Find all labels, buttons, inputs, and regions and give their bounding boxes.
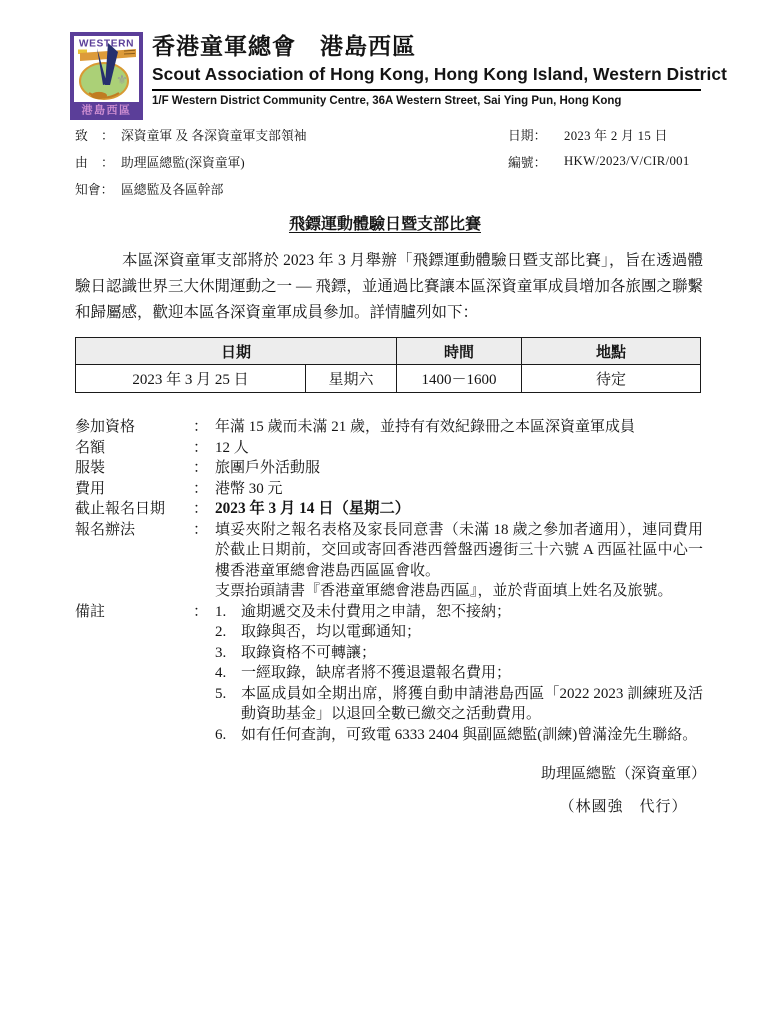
detail-colon: ： <box>193 602 215 623</box>
event-time-cell: 1400－1600 <box>397 365 522 393</box>
letter-meta: 致 ： 深資童軍 及 各深資童軍支部領袖 日期： 2023 年 2 月 15 日… <box>75 121 705 202</box>
detail-value: 12 人 <box>215 438 703 459</box>
org-title-chinese: 香港童軍總會 港島西區 <box>152 32 701 61</box>
meta-date-row: 日期： 2023 年 2 月 15 日 <box>508 121 668 148</box>
detail-value-deadline: 2023 年 3 月 14 日（星期二） <box>215 499 703 520</box>
details-section: 參加資格 ： 年滿 15 歲而未滿 21 歲，並持有有效紀錄冊之本區深資童軍成員… <box>75 417 703 745</box>
detail-label: 參加資格 <box>75 417 193 438</box>
detail-colon: ： <box>193 417 215 438</box>
meta-from-row: 由 ： 助理區總監(深資童軍) 編號： HKW/2023/V/CIR/001 <box>75 148 705 175</box>
meta-cc-row: 知會： 區總監及各區幹部 <box>75 175 705 202</box>
signature-name: （林國強 代行） <box>541 799 706 815</box>
remark-item: 3. 取錄資格不可轉讓； <box>215 643 703 664</box>
meta-ref-value: HKW/2023/V/CIR/001 <box>564 154 690 169</box>
event-table: 日期 時間 地點 2023 年 3 月 25 日 星期六 1400－1600 待… <box>75 337 701 393</box>
table-header-venue: 地點 <box>522 338 701 365</box>
org-address: 1/F Western District Community Centre, 3… <box>152 95 701 107</box>
detail-colon: ： <box>193 499 215 520</box>
remark-text: 如有任何查詢，可致電 6333 2404 與副區總監(訓練)曾滿淦先生聯絡。 <box>241 725 703 746</box>
detail-colon: ： <box>193 438 215 459</box>
meta-from-value: 助理區總監(深資童軍) <box>121 152 245 171</box>
remark-item: 6. 如有任何查詢，可致電 6333 2404 與副區總監(訓練)曾滿淦先生聯絡… <box>215 725 703 746</box>
meta-to-value: 深資童軍 及 各深資童軍支部領袖 <box>121 125 307 144</box>
remark-text: 取錄與否，均以電郵通知； <box>241 622 703 643</box>
meta-from-label: 由 <box>75 152 101 171</box>
remark-text: 一經取錄，缺席者將不獲退還報名費用； <box>241 663 703 684</box>
detail-colon: ： <box>193 479 215 500</box>
event-weekday-cell: 星期六 <box>306 365 397 393</box>
logo-stem-shape <box>91 92 107 99</box>
remark-text: 逾期遞交及未付費用之申請，恕不接納； <box>241 602 703 623</box>
meta-date-label: 日期： <box>508 125 564 144</box>
meta-date-value: 2023 年 2 月 15 日 <box>564 125 668 144</box>
meta-to-colon: ： <box>101 125 121 144</box>
detail-label: 費用 <box>75 479 193 500</box>
detail-label: 報名辦法 <box>75 520 193 541</box>
logo-district-label: 港島西區 <box>82 103 132 117</box>
meta-cc-value: 區總監及各區幹部 <box>121 179 223 198</box>
meta-to-label: 致 <box>75 125 101 144</box>
detail-row-eligibility: 參加資格 ： 年滿 15 歲而未滿 21 歲，並持有有效紀錄冊之本區深資童軍成員 <box>75 417 703 438</box>
meta-from-colon: ： <box>101 152 121 171</box>
remark-text: 本區成員如全期出席，將獲自動申請港島西區「2022 2023 訓練班及活動資助基… <box>241 684 703 725</box>
logo-banner-stripe <box>124 53 135 54</box>
remark-item: 1. 逾期遞交及未付費用之申請，恕不接納； <box>215 602 703 623</box>
subject-title: 飛鏢運動體驗日暨支部比賽 <box>0 211 770 234</box>
remark-item: 2. 取錄與否，均以電郵通知； <box>215 622 703 643</box>
remark-item: 5. 本區成員如全期出席，將獲自動申請港島西區「2022 2023 訓練班及活動… <box>215 684 703 725</box>
detail-colon: ： <box>193 458 215 479</box>
remark-number: 3. <box>215 643 241 664</box>
remark-number: 1. <box>215 602 241 623</box>
letter-page: WESTERN ⚜ 港島西區 香港童軍總會 港島西區 Scout Associa… <box>0 0 770 1024</box>
detail-value: 填妥夾附之報名表格及家長同意書（未滿 18 歲之參加者適用），連同費用於截止日期… <box>215 520 703 602</box>
remark-number: 4. <box>215 663 241 684</box>
district-logo: WESTERN ⚜ 港島西區 <box>70 32 143 120</box>
remark-number: 2. <box>215 622 241 643</box>
table-header-date: 日期 <box>76 338 397 365</box>
application-paragraph-2: 支票抬頭請書『香港童軍總會港島西區』，並於背面填上姓名及旅號。 <box>215 581 703 602</box>
detail-value: 年滿 15 歲而未滿 21 歲，並持有有效紀錄冊之本區深資童軍成員 <box>215 417 703 438</box>
letterhead: WESTERN ⚜ 港島西區 香港童軍總會 港島西區 Scout Associa… <box>70 32 701 120</box>
detail-row-deadline: 截止報名日期 ： 2023 年 3 月 14 日（星期二） <box>75 499 703 520</box>
detail-row-dress: 服裝 ： 旅團戶外活動服 <box>75 458 703 479</box>
signature-block: 助理區總監（深資童軍） （林國強 代行） <box>541 766 706 815</box>
detail-label: 名額 <box>75 438 193 459</box>
detail-value: 旅團戶外活動服 <box>215 458 703 479</box>
table-header-time: 時間 <box>397 338 522 365</box>
org-title-english: Scout Association of Hong Kong, Hong Kon… <box>152 64 701 85</box>
logo-fleur-de-lis-icon: ⚜ <box>116 72 128 87</box>
detail-label: 截止報名日期 <box>75 499 193 520</box>
remark-text: 取錄資格不可轉讓； <box>241 643 703 664</box>
subject-title-text: 飛鏢運動體驗日暨支部比賽 <box>289 216 481 233</box>
meta-ref-label: 編號： <box>508 152 564 171</box>
header-divider <box>152 89 701 92</box>
detail-label: 備註 <box>75 602 193 623</box>
detail-row-fee: 費用 ： 港幣 30 元 <box>75 479 703 500</box>
signature-title: 助理區總監（深資童軍） <box>541 766 706 782</box>
remark-item: 4. 一經取錄，缺席者將不獲退還報名費用； <box>215 663 703 684</box>
remark-number: 6. <box>215 725 241 746</box>
detail-row-quota: 名額 ： 12 人 <box>75 438 703 459</box>
remark-number: 5. <box>215 684 241 705</box>
logo-western-label: WESTERN <box>79 39 134 50</box>
detail-row-application: 報名辦法 ： 填妥夾附之報名表格及家長同意書（未滿 18 歲之參加者適用），連同… <box>75 520 703 602</box>
detail-row-remarks: 備註 ： 1. 逾期遞交及未付費用之申請，恕不接納； 2. 取錄與否，均以電郵通… <box>75 602 703 746</box>
letterhead-text: 香港童軍總會 港島西區 Scout Association of Hong Ko… <box>152 32 701 120</box>
detail-value: 港幣 30 元 <box>215 479 703 500</box>
remarks-list: 1. 逾期遞交及未付費用之申請，恕不接納； 2. 取錄與否，均以電郵通知； 3.… <box>215 602 703 746</box>
meta-cc-label: 知會： <box>75 179 101 198</box>
detail-label: 服裝 <box>75 458 193 479</box>
intro-paragraph: 本區深資童軍支部將於 2023 年 3 月舉辦「飛鏢運動體驗日暨支部比賽」，旨在… <box>75 248 703 326</box>
event-table-data-row: 2023 年 3 月 25 日 星期六 1400－1600 待定 <box>76 365 701 393</box>
detail-colon: ： <box>193 520 215 541</box>
meta-to-row: 致 ： 深資童軍 及 各深資童軍支部領袖 日期： 2023 年 2 月 15 日 <box>75 121 705 148</box>
event-date-cell: 2023 年 3 月 25 日 <box>76 365 306 393</box>
application-paragraph-1: 填妥夾附之報名表格及家長同意書（未滿 18 歲之參加者適用），連同費用於截止日期… <box>215 520 703 582</box>
meta-ref-row: 編號： HKW/2023/V/CIR/001 <box>508 148 690 175</box>
event-table-header-row: 日期 時間 地點 <box>76 338 701 365</box>
event-venue-cell: 待定 <box>522 365 701 393</box>
